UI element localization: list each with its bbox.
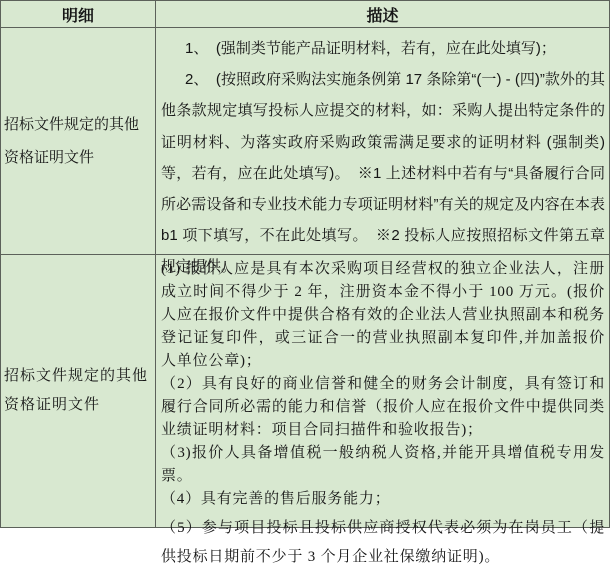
paragraph: （4）具有完善的售后服务能力； [161,488,605,511]
detail-label-row1: 招标文件规定的其他资格证明文件 [4,108,153,174]
paragraph: （2）具有良好的商业信誉和健全的财务会计制度，具有签订和履行合同所必需的能力和信… [161,373,605,442]
header-cell-description: 描述 [156,1,609,27]
paragraph: (1) 报价人应是具有本次采购项目经营权的独立企业法人，注册成立时间不得少于 2… [161,258,605,373]
table-row-other-qualification-1: 招标文件规定的其他资格证明文件 1、 (强制类节能产品证明材料，若有，应在此处填… [1,27,609,254]
paragraph: 1、 (强制类节能产品证明材料，若有，应在此处填写)； [161,33,605,64]
table-header-row: 明细 描述 [1,1,609,27]
table-row-other-qualification-2: 招标文件规定的其他资格证明文件 (1) 报价人应是具有本次采购项目经营权的独立企… [1,254,609,527]
description-cell-row2: (1) 报价人应是具有本次采购项目经营权的独立企业法人，注册成立时间不得少于 2… [156,255,609,527]
detail-label-row2: 招标文件规定的其他资格证明文件 [4,362,153,420]
qualification-table: 明细 描述 招标文件规定的其他资格证明文件 1、 (强制类节能产品证明材料，若有… [0,0,610,528]
detail-cell-row1: 招标文件规定的其他资格证明文件 [1,28,156,254]
description-cell-row1: 1、 (强制类节能产品证明材料，若有，应在此处填写)； 2、 (按照政府采购法实… [156,28,609,254]
detail-cell-row2: 招标文件规定的其他资格证明文件 [1,255,156,527]
paragraph: （5）参与项目投标且投标供应商授权代表必须为在岗员工（提供投标日期前不少于 3 … [161,514,605,572]
paragraph: （3)报价人具备增值税一般纳税人资格,并能开具增值税专用发票。 [161,442,605,488]
paragraph: 2、 (按照政府采购法实施条例第 17 条除第“(一) - (四)”款外的其他条… [161,64,605,282]
header-cell-detail: 明细 [1,1,156,27]
